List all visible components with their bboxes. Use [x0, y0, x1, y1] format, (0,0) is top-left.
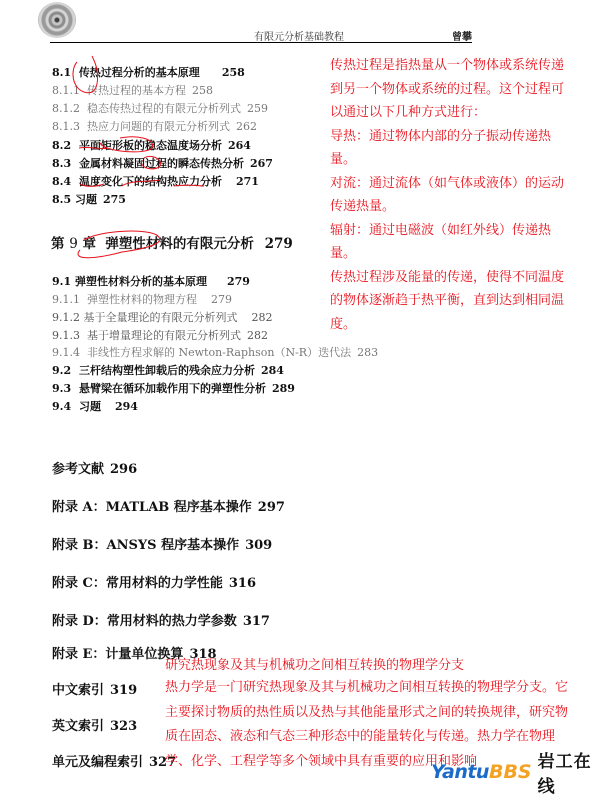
yantubbs-watermark-logo: Yantu BBS 岩工在线 — [431, 760, 598, 784]
toc-entry-chinese-index[interactable]: 中文索引319 — [52, 684, 137, 698]
toc-entry[interactable]: 8.3金属材料凝固过程的瞬态传热分析267 — [52, 157, 273, 171]
toc-entry[interactable]: 9.1.2 基于全量理论的有限元分析列式282 — [52, 311, 273, 325]
toc-entry[interactable]: 8.1.2 稳态传热过程的有限元分析列式259 — [52, 102, 268, 116]
toc-entry[interactable]: 9.2三杆结构塑性卸载后的残余应力分析284 — [52, 364, 284, 378]
toc-entry[interactable]: 9.1 弹塑性材料分析的基本原理279 — [52, 275, 250, 289]
toc-entry-element-index[interactable]: 单元及编程索引327 — [52, 756, 176, 770]
toc-entry[interactable]: 9.3悬臂梁在循环加载作用下的弹塑性分析289 — [52, 382, 295, 396]
toc-entry[interactable]: 8.1 传热过程分析的基本原理258 — [52, 66, 245, 80]
toc-entry[interactable]: 8.4温度变化下的结构热应力分析271 — [52, 175, 259, 189]
running-header-author: 曾攀 — [452, 28, 472, 43]
toc-entry-appendix-d[interactable]: 附录 D：常用材料的热力学参数317 — [52, 615, 270, 629]
toc-entry-references[interactable]: 参考文献296 — [52, 463, 137, 477]
running-header-title: 有限元分析基础教程 — [0, 28, 598, 43]
toc-entry-appendix-c[interactable]: 附录 C：常用材料的力学性能316 — [52, 577, 256, 591]
toc-entry[interactable]: 9.1.3 基于增量理论的有限元分析列式282 — [52, 329, 268, 343]
toc-entry[interactable]: 8.1.3 热应力问题的有限元分析列式262 — [52, 120, 257, 134]
toc-entry-appendix-b[interactable]: 附录 B：ANSYS 程序基本操作309 — [52, 539, 272, 553]
toc-entry-appendix-a[interactable]: 附录 A：MATLAB 程序基本操作297 — [52, 501, 285, 515]
overlay-thermodynamics-text: 研究热现象及其与机械功之间相互转换的物理学分支 热力学是一门研究热现象及其与机械… — [165, 656, 598, 774]
toc-entry[interactable]: 8.1.1 传热过程的基本方程258 — [52, 84, 213, 98]
overlay-heat-transfer-text: 传热过程是指热量从一个物体或系统传递 到另一个物体或系统的过程。这个过程可 以通… — [330, 54, 598, 336]
toc-entry-english-index[interactable]: 英文索引323 — [52, 720, 137, 734]
chapter-9-heading[interactable]: 第 9 章 弹塑性材料的有限元分析 279 — [51, 237, 293, 251]
toc-entry[interactable]: 9.4习题294 — [52, 400, 138, 414]
toc-entry[interactable]: 9.1.1 弹塑性材料的物理方程279 — [52, 293, 232, 307]
toc-entry[interactable]: 8.5 习题275 — [52, 193, 126, 207]
toc-entry[interactable]: 8.2平面矩形板的稳态温度场分析264 — [52, 139, 251, 153]
toc-entry[interactable]: 9.1.4 非线性方程求解的 Newton-Raphson（N-R）迭代法283 — [52, 346, 378, 360]
header-rule — [50, 42, 472, 43]
